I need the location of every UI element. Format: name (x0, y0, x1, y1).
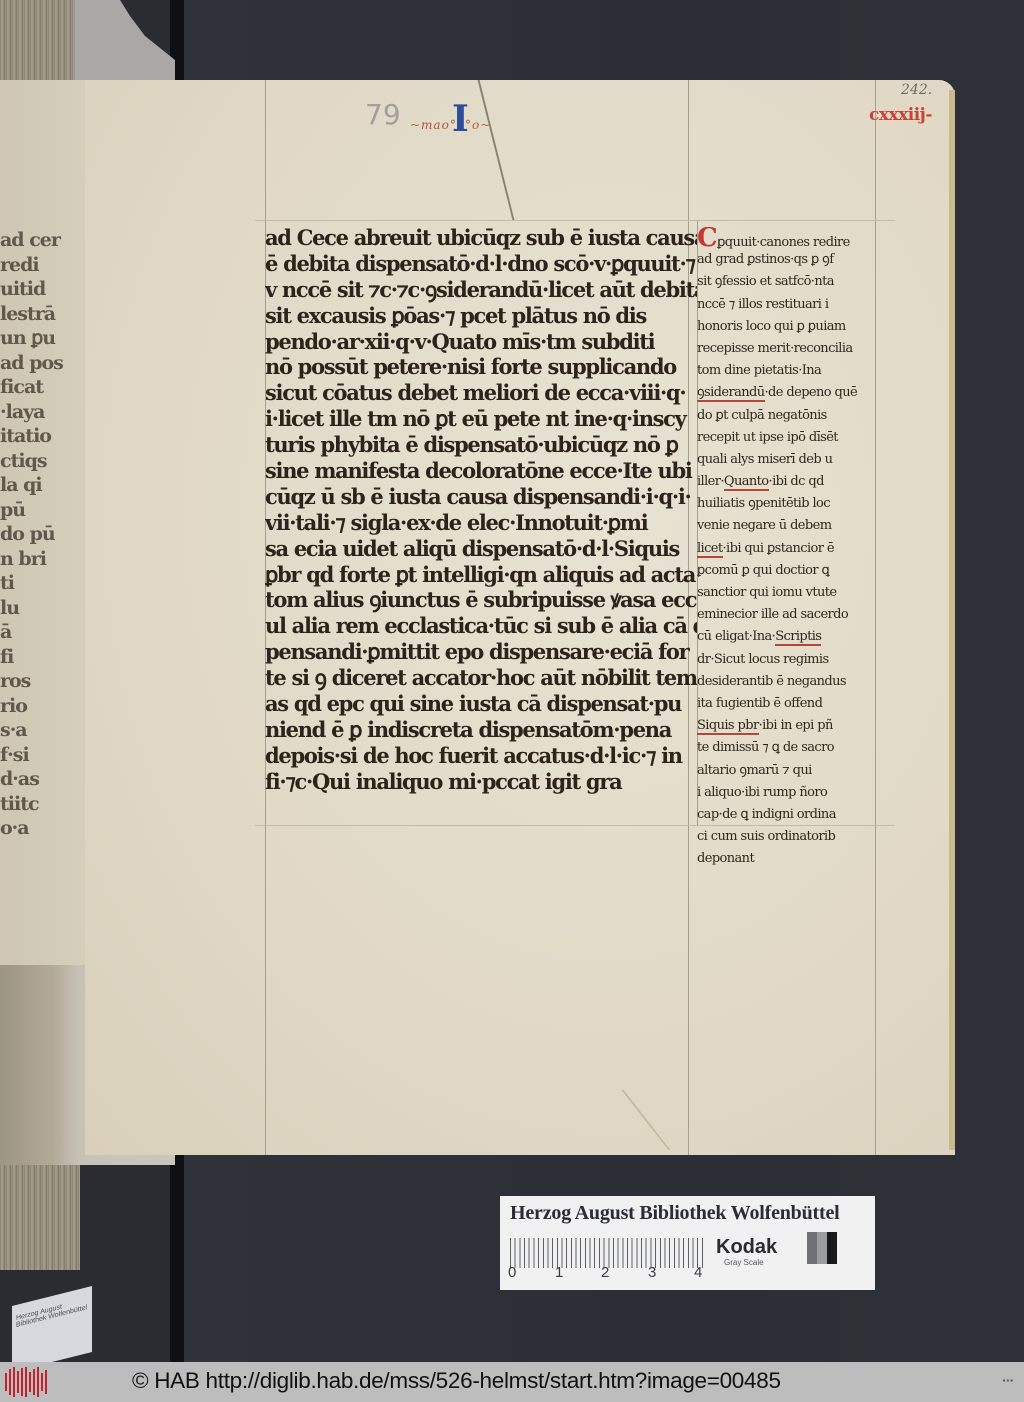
text-line: ul alia rem ecclastica·tūc si sub ē alia… (265, 613, 697, 639)
text-line: pendo·ar·xii·q·v·Quato mīs·tm subditi (265, 329, 697, 355)
text-line: ꝑbr qd forte ꝑt intelligi·qn aliquis ad … (265, 562, 697, 588)
facing-text-line: un ꝑu (0, 326, 88, 351)
gloss-line: Siquis pbr·ibi in epi pñ (697, 715, 897, 737)
gloss-line: ꝑcomū ꝑ qui doctior ꝗ (697, 560, 897, 582)
call-number-label: Herzog August Bibliothek Wolfenbüttel (12, 1286, 92, 1372)
parchment-crease (622, 1090, 711, 1150)
manuscript-page: 79 ~mao°o°o~ I 242. cxxxiij- ad Cece abr… (85, 80, 955, 1155)
text-line: cūqz ū sb ē iusta causa dispensandi·i·q·… (265, 484, 697, 510)
facing-text-line: ā (0, 620, 88, 645)
ruling-line (255, 220, 895, 221)
logo-bar (21, 1368, 23, 1396)
gloss-line: venie negare ū debem (697, 515, 897, 537)
decorative-flourish: ~mao°o°o~ (410, 118, 491, 132)
text-line: vii·tali·⁊ sigla·ex·de elec·Innotuit·ꝑmi (265, 510, 697, 536)
kodak-brand: Kodak (716, 1236, 777, 1259)
text-line: nō possūt petere·nisi forte supplicando (265, 354, 697, 380)
facing-text-line: s·a (0, 718, 88, 743)
logo-bar (33, 1369, 35, 1395)
text-line: sa ecia uidet aliqū dispensatō·d·l·Siqui… (265, 536, 697, 562)
facing-text-line: ctiqs (0, 449, 88, 474)
facing-text-line: itatio (0, 424, 88, 449)
facing-text-line: redi (0, 253, 88, 278)
manuscript-scan: ad cerrediuitidlestrāun ꝑuad posficat·la… (0, 0, 1024, 1362)
gloss-line: Cꝑquuit·canones redire (697, 227, 897, 249)
footer-indicator-icon: ▪▪▪ (1002, 1376, 1014, 1385)
text-line: depois·si de hoc fuerit accatus·d·l·ic·⁊… (265, 743, 697, 769)
viewer-footer: © HAB http://diglib.hab.de/mss/526-helms… (0, 1362, 1024, 1402)
text-line: niend ē ꝑ indiscreta dispensatōm·pena (265, 717, 697, 743)
ruler-label: 0 (508, 1264, 516, 1281)
gloss-line: recepisse merit·reconcilia (697, 338, 897, 360)
facing-text-line: lestrā (0, 302, 88, 327)
color-calibration-card: Herzog August Bibliothek Wolfenbüttel 0 … (500, 1196, 875, 1290)
logo-bar (41, 1373, 43, 1391)
ruler-label: 4 (694, 1264, 702, 1281)
gloss-line: huiliatis ꝯpenitētib loc (697, 493, 897, 515)
main-text-column: ad Cece abreuit ubicūqz sub ē iusta caus… (265, 225, 697, 795)
gloss-line: honoris loco qui ꝑ ꝑuiam (697, 316, 897, 338)
gloss-line: eminecior ille ad sacerdo (697, 604, 897, 626)
facing-text-line: ficat (0, 375, 88, 400)
facing-text-line: ad cer (0, 228, 88, 253)
call-number-text: Herzog August Bibliothek Wolfenbüttel (16, 1296, 92, 1329)
facing-text-line: pū (0, 498, 88, 523)
logo-bar (13, 1367, 15, 1397)
page-edge (949, 90, 955, 1150)
logo-bar (45, 1370, 47, 1394)
page-crease (478, 80, 555, 220)
text-line: sit excausis ꝑōas·⁊ pcet plātus nō dis (265, 303, 697, 329)
logo-bar (5, 1373, 7, 1391)
pencil-folio-number: 79 (365, 98, 401, 131)
facing-page-text: ad cerrediuitidlestrāun ꝑuad posficat·la… (0, 228, 88, 840)
gloss-line: sanctior qui iomu vtute (697, 582, 897, 604)
ruler-label: 3 (648, 1264, 656, 1281)
gloss-line: cap·de ꝗ indigni ordina (697, 804, 897, 826)
gloss-line: deponant (697, 848, 897, 870)
gray-patch (817, 1232, 827, 1264)
gray-patch (807, 1232, 817, 1264)
ruler-label: 2 (601, 1264, 609, 1281)
folio-roman-numeral: cxxxiij- (869, 105, 932, 125)
text-line: fi·⁊c·Qui inaliquo mi·pccat igit gra (265, 769, 697, 795)
logo-bar (9, 1369, 11, 1395)
folio-number: 242. (901, 82, 932, 98)
gloss-line: tom dine pietatis·Ina (697, 360, 897, 382)
gloss-line: desiderantib ē negandus (697, 671, 897, 693)
facing-text-line: tiitc (0, 792, 88, 817)
kodak-subtitle: Gray Scale (724, 1258, 764, 1267)
copyright-link[interactable]: © HAB http://diglib.hab.de/mss/526-helms… (132, 1368, 781, 1394)
facing-text-line: la qi (0, 473, 88, 498)
text-line: te si ꝯ diceret accator·hoc aūt nōbilit … (265, 665, 697, 691)
gloss-line: te dimissū ⁊ ꝗ de sacro (697, 737, 897, 759)
text-line: ē debita dispensatō·d·l·dno scō·v·ꝑquuit… (265, 251, 697, 277)
gloss-line: quali alys miserī deb u (697, 449, 897, 471)
gloss-line: nccē ⁊ illos restituari i (697, 294, 897, 316)
facing-text-line: ti (0, 571, 88, 596)
gloss-line: ad grad ꝑstinos·qs ꝑ ꝯf (697, 249, 897, 271)
facing-text-line: d·as (0, 767, 88, 792)
text-line: ad Cece abreuit ubicūqz sub ē iusta caus… (265, 225, 697, 251)
gloss-column: Cꝑquuit·canones rediread grad ꝑstinos·qs… (697, 227, 897, 870)
blue-initial: I (452, 98, 469, 140)
hab-barcode-logo-icon[interactable] (5, 1367, 47, 1397)
facing-text-line: o·a (0, 816, 88, 840)
gloss-line: ita fugientib ē offend (697, 693, 897, 715)
gloss-line: iller·Quanto·ibi dc qd (697, 471, 897, 493)
facing-text-line: fi (0, 645, 88, 670)
gloss-line: recepit ut ipse ipō dīsēt (697, 427, 897, 449)
institution-name: Herzog August Bibliothek Wolfenbüttel (510, 1202, 840, 1225)
text-line: i·licet ille tm nō ꝑt eū pete nt ine·q·i… (265, 406, 697, 432)
gloss-line: dr·Sicut locus regimis (697, 649, 897, 671)
support-card (75, 0, 175, 80)
gray-patch (827, 1232, 837, 1264)
gloss-line: altario ꝯmarū ⁊ qui (697, 760, 897, 782)
facing-text-line: rio (0, 694, 88, 719)
facing-text-line: lu (0, 596, 88, 621)
grayscale-patches (807, 1232, 837, 1264)
gloss-line: ꝯsiderandū·de depeno quē (697, 382, 897, 404)
facing-text-line: do pū (0, 522, 88, 547)
logo-bar (17, 1371, 19, 1393)
gloss-line: sit ꝯfessio et satfcō·nta (697, 271, 897, 293)
text-line: sicut cōatus debet meliori de ecca·viii·… (265, 380, 697, 406)
facing-text-line: ad pos (0, 351, 88, 376)
facing-text-line: f·si (0, 743, 88, 768)
facing-text-line: ros (0, 669, 88, 694)
facing-text-line: uitid (0, 277, 88, 302)
ruler-label: 1 (555, 1264, 563, 1281)
gloss-line: i aliquo·ibi rump ñoro (697, 782, 897, 804)
text-line: as qd epc qui sine iusta cā dispensat·pu (265, 691, 697, 717)
gloss-line: ci cum suis ordinatorib (697, 826, 897, 848)
gloss-line: do ꝑt culpā negatōnis (697, 405, 897, 427)
text-line: turis phybita ē dispensatō·ubicūqz nō ꝑ (265, 432, 697, 458)
facing-text-line: n bri (0, 547, 88, 572)
logo-bar (37, 1367, 39, 1397)
text-line: tom alius ꝯiunctus ē subripuisse ꝟasa ec… (265, 587, 697, 613)
text-line: v nccē sit ⁊c·⁊c·ꝯsiderandū·licet aūt de… (265, 277, 697, 303)
logo-bar (29, 1372, 31, 1392)
gloss-line: cū eligat·Ina·Scriptis (697, 626, 897, 648)
text-line: sine manifesta decoloratōne ecce·Ite ubi (265, 458, 697, 484)
text-line: pensandi·ꝑmittit epo dispensare·eciā for (265, 639, 697, 665)
gloss-line: licet·ibi qui ꝑstancior ē (697, 538, 897, 560)
logo-bar (25, 1367, 27, 1397)
facing-text-line: ·laya (0, 400, 88, 425)
